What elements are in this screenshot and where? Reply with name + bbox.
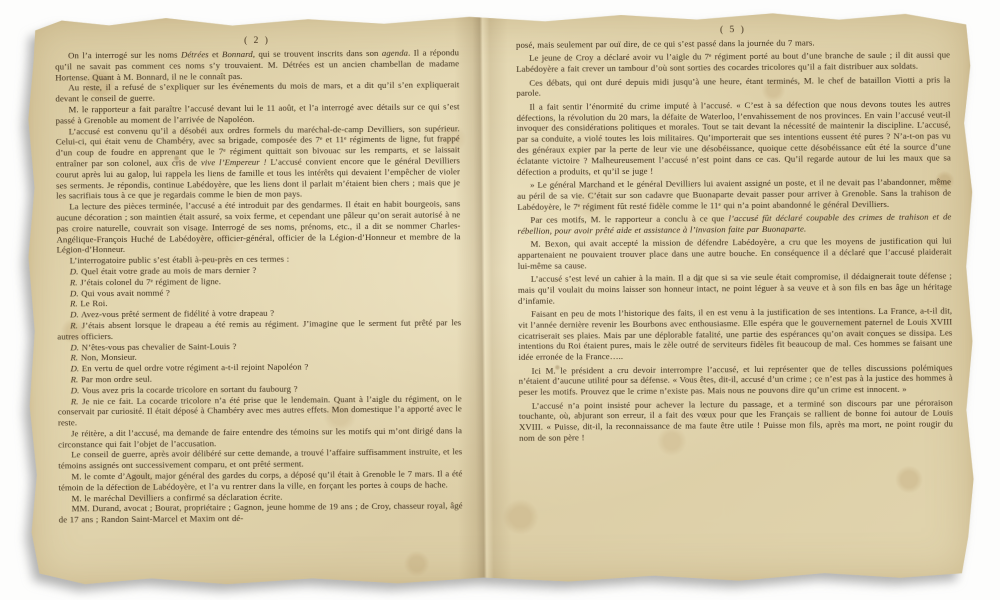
- page-2: ( 2 ) On l’a interrogé sur les noms Détr…: [55, 34, 463, 525]
- text-run: , qui se trouvent inscrits dans son: [253, 48, 382, 59]
- italic-text-run: D.: [70, 363, 79, 373]
- text-run: J’étais absent lorsque le drapeau a été …: [57, 317, 461, 341]
- text-run: Ici M. le président a cru devoir interro…: [519, 362, 953, 397]
- text-run: M. le rapporteur a fait paraître l’accus…: [56, 101, 460, 125]
- italic-text-run: R.: [71, 396, 79, 406]
- italic-text-run: R.: [70, 299, 78, 309]
- italic-text-run: R.: [70, 320, 78, 330]
- text-run: M. le maréchal Devilliers a confirmé sa …: [72, 491, 283, 503]
- paragraph: Ces débats, qui ont duré depuis midi jus…: [516, 74, 950, 99]
- text-run: Vous avez pris la cocarde tricolore en s…: [79, 383, 297, 395]
- text-run: Qui vous avait nommé ?: [79, 287, 170, 298]
- text-run: Par ces motifs, M. le rapporteur a concl…: [530, 213, 728, 225]
- paragraph: Il a fait sentir l’énormité du crime imp…: [516, 98, 951, 177]
- paragraph: M. le rapporteur a fait paraître l’accus…: [55, 101, 459, 126]
- paragraph: Ici M. le président a cru devoir interro…: [519, 362, 953, 398]
- italic-text-run: R.: [71, 374, 79, 384]
- paragraph: MM. Durand, avocat ; Bourat, propriétair…: [59, 501, 463, 526]
- page-number: ( 5 ): [516, 23, 950, 36]
- italic-text-run: D.: [71, 385, 80, 395]
- text-run: Je nie ce fait. La cocarde tricolore n’a…: [58, 393, 462, 428]
- paragraph: L’accusé s’est levé un cahier à la main.…: [518, 271, 952, 307]
- page-5: ( 5 ) posé, mais seulement par ouï dire,…: [516, 23, 953, 443]
- text-run: Il a fait sentir l’énormité du crime imp…: [517, 98, 951, 176]
- text-run: M. le comte d’Agoult, major général des …: [58, 468, 462, 492]
- page-number: ( 2 ): [55, 34, 459, 47]
- italic-text-run: D.: [70, 309, 79, 319]
- document-sheet-wrapper: ( 2 ) On l’a interrogé sur les noms Détr…: [24, 8, 976, 589]
- italic-text-run: R.: [70, 353, 78, 363]
- document-sheet: ( 2 ) On l’a interrogé sur les noms Détr…: [24, 8, 976, 589]
- paragraph: On l’a interrogé sur les noms Détrées et…: [55, 47, 459, 83]
- text-run: MM. Durand, avocat ; Bourat, propriétair…: [59, 501, 463, 525]
- text-run: J’étais colonel du 7ᵉ régiment de ligne.: [78, 276, 221, 287]
- text-run: » Le général Marchand et le général Devi…: [517, 176, 951, 211]
- italic-text-run: D.: [70, 266, 79, 276]
- paragraph: M. le comte d’Agoult, major général des …: [58, 468, 462, 493]
- text-run: N’êtes-vous pas chevalier de Saint-Louis…: [79, 341, 237, 352]
- text-run: Je réitère, a dit l’accusé, ma demande d…: [58, 425, 462, 449]
- italic-text-run: agenda: [382, 48, 408, 58]
- text-run: Le Roi.: [78, 298, 108, 308]
- paragraph: Au reste, il a refusé de s’expliquer sur…: [55, 80, 459, 105]
- text-run: Ces débats, qui ont duré depuis midi jus…: [516, 74, 950, 98]
- paragraph: Faisant en peu de mots l’historique des …: [518, 306, 952, 363]
- text-run: Par mon ordre seul.: [78, 374, 152, 385]
- text-run: Avez-vous prêté serment de fidélité à vo…: [79, 308, 275, 320]
- page-body: On l’a interrogé sur les noms Détrées et…: [55, 47, 463, 525]
- text-run: M. Bexon, qui avait accepté la mission d…: [518, 236, 952, 271]
- text-run: Au reste, il a refusé de s’expliquer sur…: [55, 80, 459, 104]
- paragraph: Je réitère, a dit l’accusé, ma demande d…: [58, 425, 462, 450]
- text-run: Non, Monsieur.: [78, 352, 137, 362]
- paragraph: » Le général Marchand et le général Devi…: [517, 176, 951, 212]
- italic-text-run: Bonnard: [222, 49, 253, 59]
- paragraph: M. Bexon, qui avait accepté la mission d…: [518, 236, 952, 272]
- text-run: La lecture des pièces terminée, l’accusé…: [56, 198, 460, 254]
- paragraph: La lecture des pièces terminée, l’accusé…: [56, 198, 460, 255]
- text-run: L’interrogatoire public s’est établi à-p…: [70, 254, 290, 266]
- paragraph: R. J’étais absent lorsque le drapeau a é…: [57, 317, 461, 342]
- text-run: Quel était votre grade au mois de mars d…: [78, 265, 256, 276]
- paragraph: R. Je nie ce fait. La cocarde tricolore …: [58, 393, 462, 429]
- text-run: En vertu de quel ordre votre régiment a-…: [79, 362, 308, 374]
- italic-text-run: vive l’Empereur !: [201, 157, 267, 168]
- page-body: posé, mais seulement par ouï dire, de ce…: [516, 36, 953, 443]
- paragraph: Le conseil de guerre, après avoir délibé…: [58, 447, 462, 472]
- italic-text-run: D.: [70, 288, 79, 298]
- text-run: On l’a interrogé sur les noms: [68, 49, 181, 60]
- text-run: et: [209, 49, 222, 59]
- paragraph: Par ces motifs, M. le rapporteur a concl…: [517, 211, 951, 236]
- text-run: Faisant en peu de mots l’historique des …: [518, 306, 952, 363]
- italic-text-run: D.: [70, 342, 79, 352]
- italic-text-run: R.: [70, 277, 78, 287]
- paragraph: L’accusé n’a point insisté pour achever …: [519, 397, 953, 444]
- italic-text-run: Détrées: [181, 49, 209, 59]
- text-run: Le jeune de Croy a déclaré avoir vu l’ai…: [516, 50, 950, 74]
- photo-background: ( 2 ) On l’a interrogé sur les noms Détr…: [0, 0, 1000, 600]
- paragraph: L’accusé est convenu qu’il a désobéi aux…: [56, 123, 461, 202]
- paragraph: posé, mais seulement par ouï dire, de ce…: [516, 36, 950, 50]
- text-run: posé, mais seulement par ouï dire, de ce…: [516, 38, 815, 50]
- paragraph: Le jeune de Croy a déclaré avoir vu l’ai…: [516, 50, 950, 75]
- text-run: L’accusé n’a point insisté pour achever …: [519, 397, 953, 443]
- text-run: Le conseil de guerre, après avoir délibé…: [58, 447, 462, 471]
- text-run: L’accusé s’est levé un cahier à la main.…: [518, 271, 952, 306]
